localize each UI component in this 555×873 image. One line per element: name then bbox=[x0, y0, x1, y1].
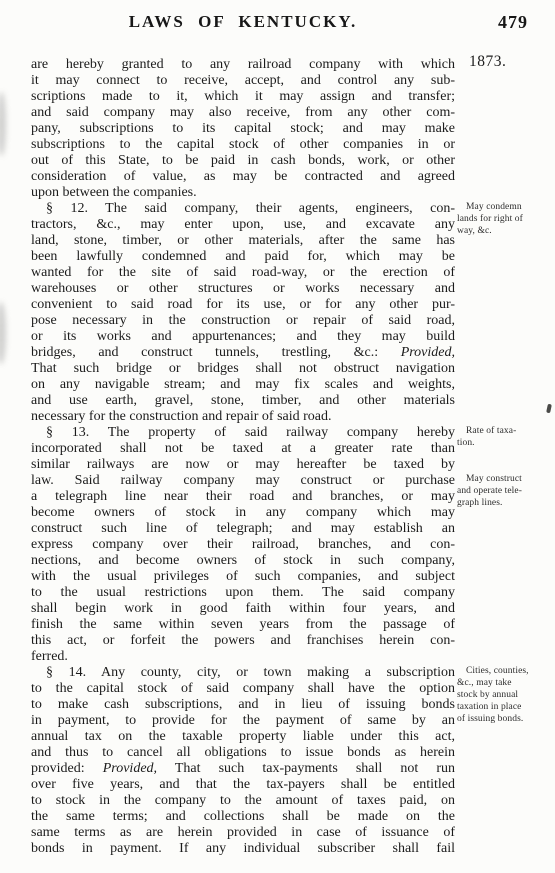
body-line: law. Said railway company may construct … bbox=[31, 473, 455, 489]
body-line: and use earth, gravel, stone, timber, an… bbox=[31, 393, 455, 409]
margin-note-line: May condemn bbox=[457, 201, 551, 213]
body-line: incorporated shall not be taxed at a gre… bbox=[31, 441, 455, 457]
note-telegraph-lines: May constructand operate tele-graph line… bbox=[457, 473, 551, 509]
body-line: shall begin work in good faith within fo… bbox=[31, 601, 455, 617]
body-line: warehouses or other structures or works … bbox=[31, 281, 455, 297]
margin-note-line: graph lines. bbox=[457, 497, 551, 509]
body-line: are hereby granted to any railroad compa… bbox=[31, 57, 455, 73]
note-rate-of-taxation: Rate of taxa-tion. bbox=[457, 425, 551, 449]
body-line: the same terms; and collections shall be… bbox=[31, 809, 455, 825]
body-line: scriptions made to it, which it may assi… bbox=[31, 89, 455, 105]
body-line: provided: Provided, That such tax-paymen… bbox=[31, 761, 455, 777]
body-line: it may connect to receive, accept, and c… bbox=[31, 73, 455, 89]
body-line: with the usual privileges of such compan… bbox=[31, 569, 455, 585]
body-line: over five years, and that the tax-payers… bbox=[31, 777, 455, 793]
body-line: wanted for the site of said road-way, or… bbox=[31, 265, 455, 281]
body-line: to the capital stock of said company sha… bbox=[31, 681, 455, 697]
body-line: to the usual restrictions upon them. The… bbox=[31, 585, 455, 601]
margin-note-line: Rate of taxa- bbox=[457, 425, 551, 437]
scanned-law-page: LAWS OF KENTUCKY. 479 1873. are hereby g… bbox=[0, 0, 555, 873]
note-cities-counties-stock: Cities, counties,&c., may takestock by a… bbox=[457, 665, 551, 725]
body-text-column: are hereby granted to any railroad compa… bbox=[31, 57, 455, 857]
body-line: to stock in the company to the amount of… bbox=[31, 793, 455, 809]
body-line: necessary for the construction and repai… bbox=[31, 409, 455, 425]
paragraph: § 14. Any county, city, or town making a… bbox=[31, 665, 455, 857]
body-line: finish the same within seven years from … bbox=[31, 617, 455, 633]
body-line: and thus to cancel all obligations to is… bbox=[31, 745, 455, 761]
paragraph: are hereby granted to any railroad compa… bbox=[31, 57, 455, 201]
body-line: ferred. bbox=[31, 649, 455, 665]
body-line: construct such line of telegraph; and ma… bbox=[31, 521, 455, 537]
margin-note-line: taxation in place bbox=[457, 701, 551, 713]
paragraph: § 13. The property of said railway compa… bbox=[31, 425, 455, 665]
margin-note-line: &c., may take bbox=[457, 677, 551, 689]
note-condemn-lands: May condemnlands for right ofway, &c. bbox=[457, 201, 551, 237]
body-line: § 14. Any county, city, or town making a… bbox=[31, 665, 455, 681]
body-line: consideration of value, as may be contra… bbox=[31, 169, 455, 185]
body-line: same terms as are herein provided in cas… bbox=[31, 825, 455, 841]
body-line: a telegraph line near their road and bra… bbox=[31, 489, 455, 505]
page-number: 479 bbox=[498, 12, 528, 33]
body-line: pany, subscriptions to its capital stock… bbox=[31, 121, 455, 137]
body-line: pose necessary in the construction or re… bbox=[31, 313, 455, 329]
body-line: nections, and become owners of stock in … bbox=[31, 553, 455, 569]
body-line: out of this State, to be paid in cash bo… bbox=[31, 153, 455, 169]
body-line: bonds in payment. If any individual subs… bbox=[31, 841, 455, 857]
body-line: become owners of stock in any company wh… bbox=[31, 505, 455, 521]
body-line: on any navigable stream; and may fix sca… bbox=[31, 377, 455, 393]
scan-smudge bbox=[0, 92, 6, 156]
margin-note-line: way, &c. bbox=[457, 225, 551, 237]
body-line: annual tax on the taxable property liabl… bbox=[31, 729, 455, 745]
scan-speck bbox=[546, 404, 552, 414]
body-line: to make cash subscriptions, and in lieu … bbox=[31, 697, 455, 713]
body-line: convenient to said road for its use, or … bbox=[31, 297, 455, 313]
body-line: land, stone, timber, or other materials,… bbox=[31, 233, 455, 249]
margin-note-line: and operate tele- bbox=[457, 485, 551, 497]
margin-year: 1873. bbox=[469, 53, 506, 71]
body-line: been lawfully condemned and paid for, wh… bbox=[31, 249, 455, 265]
margin-note-line: tion. bbox=[457, 437, 551, 449]
body-line: upon between the companies. bbox=[31, 185, 455, 201]
paragraph: § 12. The said company, their agents, en… bbox=[31, 201, 455, 425]
margin-note-line: Cities, counties, bbox=[457, 665, 551, 677]
margin-note-line: of issuing bonds. bbox=[457, 713, 551, 725]
body-line: subscriptions to the capital stock of ot… bbox=[31, 137, 455, 153]
running-head-title: LAWS OF KENTUCKY. bbox=[31, 12, 455, 32]
body-line: bridges, and construct tunnels, trestlin… bbox=[31, 345, 455, 361]
body-line: in payment, to provide for the payment o… bbox=[31, 713, 455, 729]
scan-smudge bbox=[0, 302, 6, 364]
body-line: tractors, &c., may enter upon, use, and … bbox=[31, 217, 455, 233]
body-line: similar railways are now or may hereafte… bbox=[31, 457, 455, 473]
body-line: or its works and appurtenances; and they… bbox=[31, 329, 455, 345]
body-line: § 13. The property of said railway compa… bbox=[31, 425, 455, 441]
body-line: § 12. The said company, their agents, en… bbox=[31, 201, 455, 217]
body-line: this act, or forfeit the powers and fran… bbox=[31, 633, 455, 649]
margin-note-line: lands for right of bbox=[457, 213, 551, 225]
body-line: express company over their railroad, bra… bbox=[31, 537, 455, 553]
body-line: and said company may also receive, from … bbox=[31, 105, 455, 121]
body-line: That such bridge or bridges shall not ob… bbox=[31, 361, 455, 377]
margin-note-line: stock by annual bbox=[457, 689, 551, 701]
margin-note-line: May construct bbox=[457, 473, 551, 485]
